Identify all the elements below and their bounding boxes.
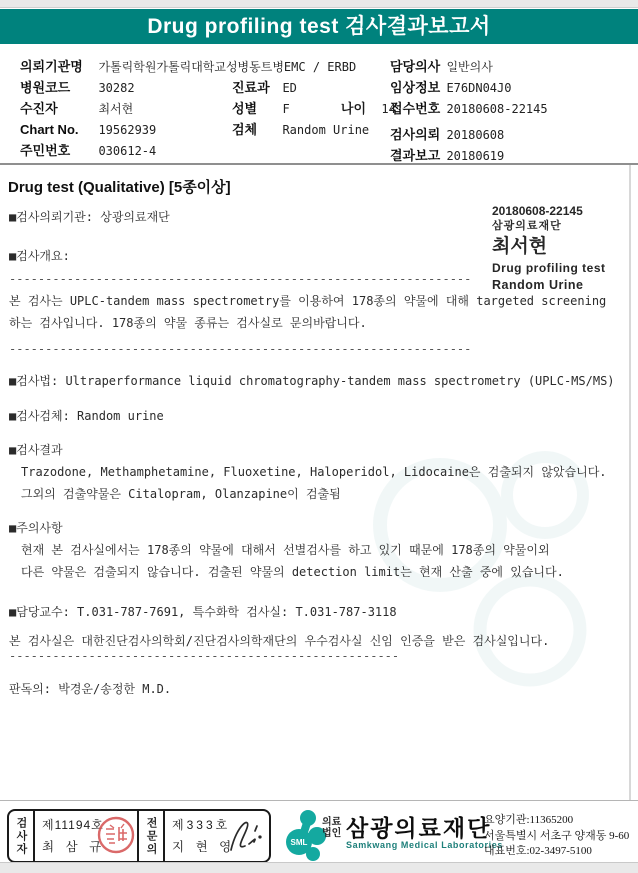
report-line: ■검사의뢰기관: 상광의료재단 <box>9 206 625 228</box>
field-value: 19562939 <box>98 123 156 137</box>
field-label: 주민번호 <box>20 140 94 161</box>
field-label: 성별 <box>232 98 278 119</box>
field-value: 일반의사 <box>446 60 492 74</box>
field-resident-no: 주민번호 030612-4 <box>20 140 390 161</box>
page-title: Drug profiling test 검사결과보고서 <box>0 9 638 44</box>
field-department: 진료과 ED <box>232 77 388 98</box>
field-value: Random Urine <box>282 123 369 137</box>
field-label: 나이 <box>341 98 377 119</box>
report-line: ■검사검체: Random urine <box>9 405 625 427</box>
field-value: 20180608 <box>446 128 504 142</box>
report-body: ■검사의뢰기관: 상광의료재단 ■검사개요: -----------------… <box>9 206 625 700</box>
field-order-date: 검사의뢰 20180608 <box>390 124 634 145</box>
report-line: 하는 검사입니다. 178종의 약물 종류는 검사실로 문의바랍니다. <box>9 312 625 334</box>
report-line: 그외의 검출약물은 Citalopram, Olanzapine이 검출됨 <box>9 483 625 505</box>
specialist-signature <box>223 812 269 860</box>
report-dashed-rule: ----------------------------------------… <box>9 268 625 290</box>
field-value: ED <box>282 81 296 95</box>
field-sex-age: 성별 F 나이 14 <box>232 98 388 119</box>
field-label: 임상정보 <box>390 77 442 98</box>
field-label: Chart No. <box>20 119 94 140</box>
report-line: ■검사개요: <box>9 245 625 267</box>
report-line: Trazodone, Methamphetamine, Fluoxetine, … <box>9 461 625 483</box>
certification-box: 검사자 제11194호 최 삼 규 전문의 제333호 지 현 영 <box>7 809 271 863</box>
scan-top-strip <box>0 0 638 8</box>
specialist-role-label: 전문의 <box>137 811 165 861</box>
field-value: 최서현 <box>98 102 133 116</box>
field-value: 가톨릭학원가톨릭대학교성병동트병EMC / ERBD <box>98 60 356 74</box>
scan-bottom-strip <box>0 862 638 873</box>
report-line: 현재 본 검사실에서는 178종의 약물에 대해서 선별검사를 하고 있기 때문… <box>9 539 625 561</box>
org-type-line1: 의료 <box>322 817 341 828</box>
field-label: 접수번호 <box>390 98 442 119</box>
field-specimen: 검체 Random Urine <box>232 119 388 140</box>
field-label: 수진자 <box>20 98 94 119</box>
patient-info-col3: 담당의사 일반의사 임상정보 E76DN04J0 접수번호 20180608-2… <box>390 56 634 166</box>
org-phone: 대표번호:02-3497-5100 <box>484 844 636 860</box>
field-value: F <box>282 99 336 120</box>
footer-rule <box>0 800 638 801</box>
org-type-line2: 법인 <box>322 828 341 839</box>
examiner-seal-stamp <box>96 813 136 857</box>
field-label: 진료과 <box>232 77 278 98</box>
field-label: 검체 <box>232 119 278 140</box>
field-doctor: 담당의사 일반의사 <box>390 56 634 77</box>
field-value: 30282 <box>98 81 134 95</box>
sml-logo-text: SML <box>291 838 308 847</box>
footer-contact-info: 요양기관:11365200 서울특별시 서초구 양재동 9-60 대표번호:02… <box>484 813 636 860</box>
field-label: 담당의사 <box>390 56 442 77</box>
section-divider <box>0 163 638 165</box>
field-requesting-org: 의뢰기관명 가톨릭학원가톨릭대학교성병동트병EMC / ERBD <box>20 56 390 77</box>
report-dashed-rule: ----------------------------------------… <box>9 338 625 360</box>
org-type-label: 의료 법인 <box>322 817 341 839</box>
report-line: ■검사법: Ultraperformance liquid chromatogr… <box>9 370 625 392</box>
field-value: E76DN04J0 <box>446 81 511 95</box>
field-label: 검사의뢰 <box>390 124 442 145</box>
report-line: 다른 약물은 검출되지 않습니다. 검출된 약물의 detection limi… <box>9 561 625 583</box>
field-label: 병원코드 <box>20 77 94 98</box>
examiner-role-label: 검사자 <box>9 811 35 861</box>
field-value: 20180619 <box>446 149 504 163</box>
report-line: 본 검사는 UPLC-tandem mass spectrometry를 이용하… <box>9 290 625 312</box>
specialist-cell: 제333호 지 현 영 <box>165 811 269 861</box>
examiner-cell: 제11194호 최 삼 규 <box>35 811 139 861</box>
report-line: ■검사결과 <box>9 439 625 461</box>
field-accession-no: 접수번호 20180608-22145 <box>390 98 634 119</box>
field-value: 20180608-22145 <box>446 102 547 116</box>
org-name: 삼광의료재단 <box>346 810 491 843</box>
report-line: ■주의사항 <box>9 517 625 539</box>
patient-info-col2: 진료과 ED 성별 F 나이 14 검체 Random Urine <box>232 77 388 140</box>
field-clinical-info: 임상정보 E76DN04J0 <box>390 77 634 98</box>
report-line: 판독의: 박경운/송정한 M.D. <box>9 678 625 700</box>
report-line: ■담당교수: T.031-787-7691, 특수화학 검사실: T.031-7… <box>9 601 625 623</box>
care-org-number: 요양기관:11365200 <box>484 813 636 829</box>
section-title: Drug test (Qualitative) [5종이상] <box>8 176 231 197</box>
org-address: 서울특별시 서초구 양재동 9-60 <box>484 829 636 845</box>
org-name-english: Samkwang Medical Laboratories <box>346 840 503 850</box>
field-label: 의뢰기관명 <box>20 56 94 77</box>
field-value: 030612-4 <box>98 144 156 158</box>
